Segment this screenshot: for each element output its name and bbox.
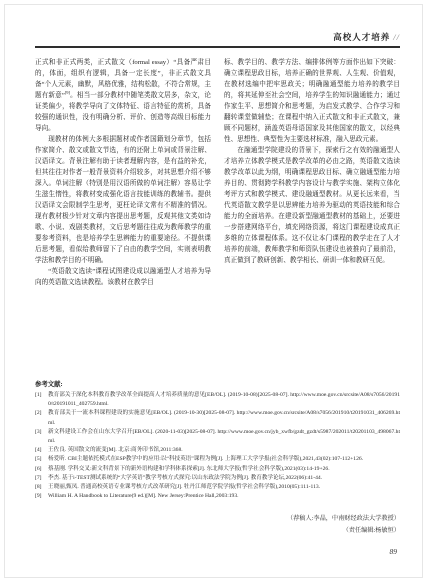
reference-item: [4] 王佐良. 英国散文的流变[M]. 北京:商务印书馆,2011:368. [35,446,400,455]
journal-page: 高校人才培养// 正式和非正式两类，正式散文（formal essay）“具备严… [0,0,427,582]
right-column: 标、教学目的、教学方法、编排体例等方面作出如下突破：确立课程思政目标，培养正确的… [224,57,400,288]
contributor-line: （荐稿人:李晶，中南财经政法大学教授） [287,513,400,525]
references-heading: 参考文献: [35,379,400,388]
reference-number: [1] [35,391,48,409]
reference-number: [7] [35,474,48,483]
reference-item: [9] William H. A Handbook to Literature(… [35,492,400,501]
footer-credits: （荐稿人:李晶，中南财经政法大学教授） （责任编辑:杨敏恒） [287,513,400,537]
body-columns: 正式和非正式两类，正式散文（formal essay）“具备严肃目的，体面，组织… [35,57,400,288]
left-column: 正式和非正式两类，正式散文（formal essay）“具备严肃目的，体面，组织… [35,57,211,288]
reference-text: 王佐良. 英国散文的流变[M]. 北京:商务印书馆,2011:368. [48,446,400,455]
reference-text: 蔡基刚. 学科交叉:新文科背景下的新外语构建和学科体系探索[J]. 东北师大学报… [48,465,400,474]
header-rule [35,46,400,48]
reference-item: [7] 李杰. 基于i-TEST测试系统的“大学英语”教学考核方式探究:以山东政… [35,474,400,483]
reference-text: 李杰. 基于i-TEST测试系统的“大学英语”教学考核方式探究:以山东政法学院为… [48,474,400,483]
running-header-title: 高校人才培养 [333,32,390,42]
managing-editor-line: （责任编辑:杨敏恒） [287,525,400,537]
paragraph: 标、教学目的、教学方法、编排体例等方面作出如下突破：确立课程思政目标，培养正确的… [224,57,400,145]
reference-text: 教育部关于深化本科教育教学改革全面提高人才培养质量的意见[EB/OL]. (20… [48,391,400,409]
paragraph: 现教材的体例大多根据题材或作者国籍划分章节，包括作家简介、散文或散文节选，有的还… [35,134,211,266]
reference-text: 杨爱昕. CBI主题依托模式在ESP教学中的应用:以“科技英语”课程为例[J].… [48,455,400,464]
reference-number: [5] [35,455,48,464]
reference-item: [8] 王晓丽,甄凤. 普通高校英语专业课考核方式改革研究[J]. 牡丹江师范学… [35,483,400,492]
reference-text: William H. A Handbook to Literature(9 ed… [48,492,400,501]
reference-item: [1] 教育部关于深化本科教育教学改革全面提高人才培养质量的意见[EB/OL].… [35,391,400,409]
reference-item: [3] 新文科建设工作会在山东大学召开[EB/OL]. (2020-11-03)… [35,428,400,446]
reference-number: [3] [35,428,48,446]
paragraph: “英语散文选读”课程试图建设成以融通型人才培养为导向的英语散文选读教程。该教材在… [35,266,211,288]
running-header: 高校人才培养// [333,31,400,43]
reference-text: 王晓丽,甄凤. 普通高校英语专业课考核方式改革研究[J]. 牡丹江师范学院学报(… [48,483,400,492]
reference-number: [8] [35,483,48,492]
reference-item: [5] 杨爱昕. CBI主题依托模式在ESP教学中的应用:以“科技英语”课程为例… [35,455,400,464]
reference-item: [2] 教育部关于一流本科课程建设的实施意见[EB/OL]. (2019-10-… [35,409,400,427]
reference-number: [4] [35,446,48,455]
reference-number: [2] [35,409,48,427]
page-number: 89 [390,547,398,556]
paragraph: 正式和非正式两类，正式散文（formal essay）“具备严肃目的，体面，组织… [35,57,211,134]
reference-text: 新文科建设工作会在山东大学召开[EB/OL]. (2020-11-03)[202… [48,428,400,446]
reference-number: [9] [35,492,48,501]
reference-number: [6] [35,465,48,474]
header-slashes-decoration: // [393,32,400,42]
paragraph: 在融通型学院建设的背景下，探索行之有效的融通型人才培养立体教学模式是教学改革的必… [224,145,400,266]
reference-item: [6] 蔡基刚. 学科交叉:新文科背景下的新外语构建和学科体系探索[J]. 东北… [35,465,400,474]
reference-text: 教育部关于一流本科课程建设的实施意见[EB/OL]. (2019-10-30)[… [48,409,400,427]
references-section: 参考文献: [1] 教育部关于深化本科教育教学改革全面提高人才培养质量的意见[E… [35,379,400,501]
